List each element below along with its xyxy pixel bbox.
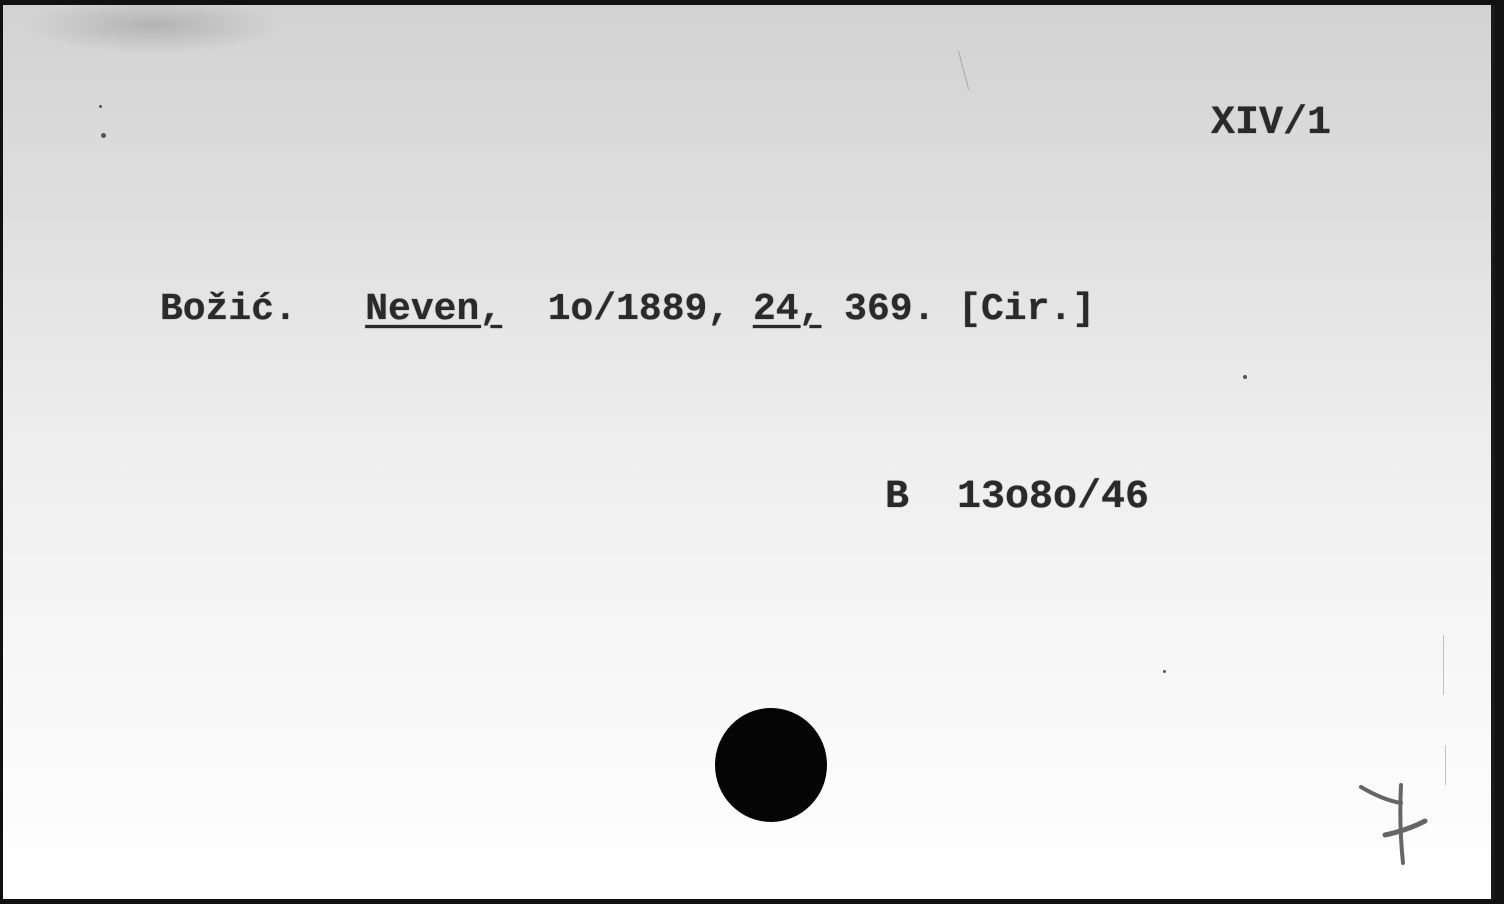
- catalog-card: XIV/1 Božić. Neven, 1o/1889, 24, 369. [C…: [3, 5, 1495, 899]
- shelf-prefix: B: [885, 475, 909, 520]
- speck: [1163, 670, 1166, 673]
- speck: [101, 133, 106, 138]
- crease: [1445, 745, 1446, 785]
- call-number: XIV/1: [1211, 101, 1331, 146]
- volume: 24,: [753, 288, 821, 331]
- crease: [958, 51, 969, 90]
- handwritten-seven-icon: [1353, 775, 1443, 875]
- crease: [1443, 635, 1444, 695]
- author: Božić.: [160, 288, 297, 331]
- speck: [99, 105, 102, 108]
- shelf-mark: B 13o8o/46: [885, 475, 1149, 520]
- speck: [1243, 375, 1247, 379]
- shelf-number: 13o8o/46: [957, 475, 1149, 520]
- script-note: [Cir.]: [958, 288, 1095, 331]
- punch-hole: [715, 708, 827, 822]
- citation-line: Božić. Neven, 1o/1889, 24, 369. [Cir.]: [160, 288, 1095, 331]
- issue-year: 1o/1889,: [548, 288, 730, 331]
- page-number: 369.: [844, 288, 935, 331]
- journal-title: Neven,: [365, 288, 502, 331]
